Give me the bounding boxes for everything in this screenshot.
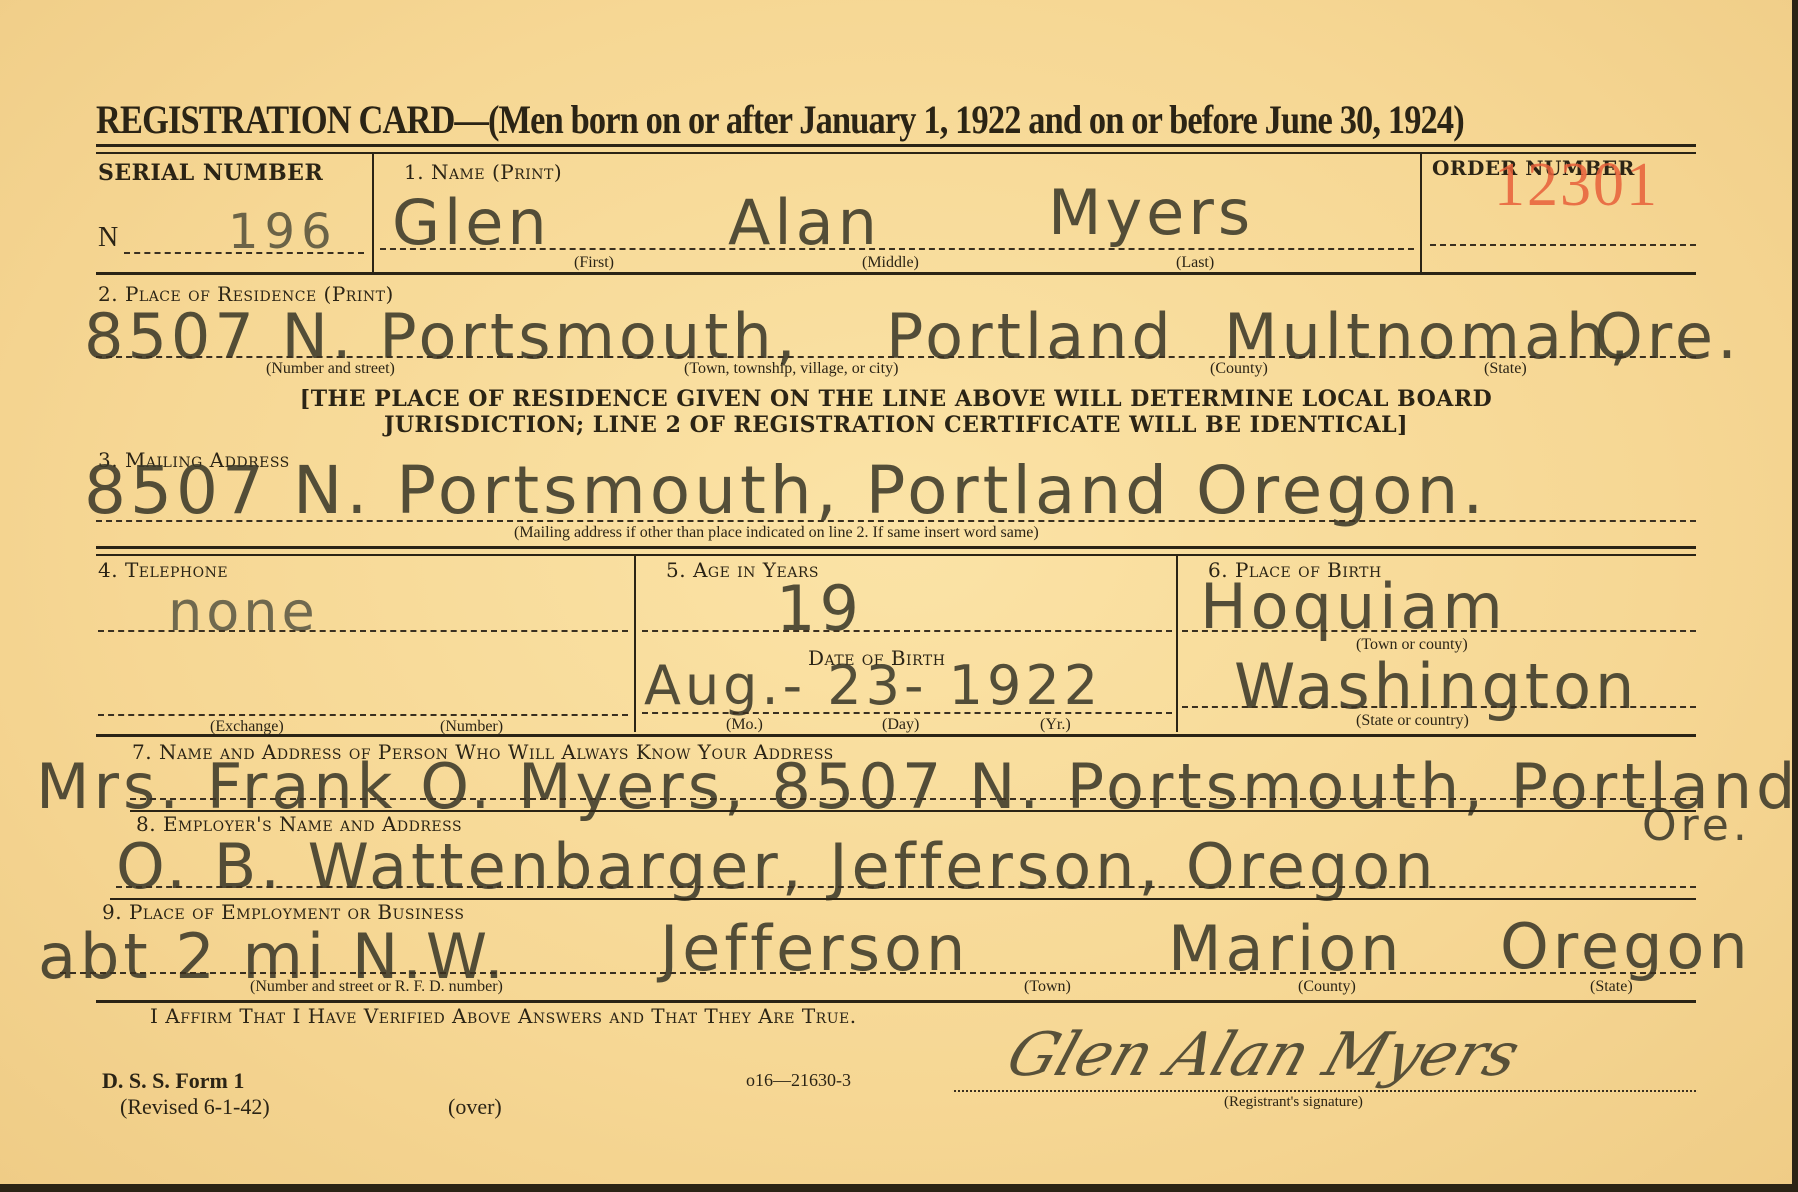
- name-middle-caption: (Middle): [862, 254, 919, 272]
- card-edge-bottom: [0, 1184, 1798, 1192]
- residence-county-value: Multnomah,: [1224, 300, 1633, 373]
- residence-town-value: Portland: [886, 300, 1175, 373]
- telephone-line-1: [98, 630, 628, 632]
- serial-line: [124, 252, 364, 254]
- residence-state-value: Ore.: [1594, 300, 1741, 373]
- employment-county-value: Marion: [1168, 912, 1403, 985]
- telephone-label: 4. Telephone: [98, 558, 228, 582]
- card-title: REGISTRATION CARD—(Men born on or after …: [96, 96, 1464, 143]
- registration-card: REGISTRATION CARD—(Men born on or after …: [0, 0, 1798, 1192]
- dob-month-caption: (Mo.): [726, 716, 763, 734]
- top-rule: [96, 144, 1696, 147]
- affirmation-text: I Affirm That I Have Verified Above Answ…: [150, 1004, 857, 1028]
- row9-rule: [96, 1000, 1696, 1003]
- row1-rule: [96, 272, 1696, 275]
- top-rule-2: [96, 152, 1696, 154]
- serial-prefix: N: [98, 222, 118, 254]
- dob-line: [642, 712, 1172, 714]
- contact-continuation: Ore.: [1642, 800, 1751, 851]
- over-note: (over): [448, 1094, 502, 1120]
- order-number-stamp: 12301: [1494, 150, 1659, 221]
- employment-town-caption: (Town): [1024, 978, 1071, 996]
- employer-line: [116, 886, 1696, 888]
- name-label: 1. Name (Print): [404, 160, 562, 184]
- jurisdiction-notice-line1: [THE PLACE OF RESIDENCE GIVEN ON THE LIN…: [96, 386, 1696, 412]
- residence-line: [96, 356, 1696, 358]
- name-line: [380, 248, 1414, 250]
- form-revised: (Revised 6-1-42): [120, 1094, 270, 1120]
- row3-rule-2: [96, 554, 1696, 556]
- employment-town-value: Jefferson: [660, 912, 969, 985]
- employer-value: O. B. Wattenbarger, Jefferson, Oregon: [116, 830, 1438, 903]
- birth-town-value: Hoquiam: [1200, 570, 1507, 643]
- signature-line: [954, 1090, 1696, 1092]
- order-line: [1430, 244, 1696, 246]
- row3-rule: [96, 546, 1696, 549]
- mailing-line: [96, 520, 1696, 522]
- birth-state-line: [1182, 706, 1696, 708]
- dob-year-caption: (Yr.): [1040, 716, 1071, 734]
- form-number: D. S. S. Form 1: [102, 1068, 244, 1094]
- residence-street-caption: (Number and street): [266, 360, 395, 378]
- registrant-signature: Glen Alan Myers: [999, 1020, 1528, 1090]
- row6-rule: [96, 734, 1696, 737]
- serial-number-label: SERIAL NUMBER: [98, 160, 323, 186]
- mailing-caption: (Mailing address if other than place ind…: [514, 524, 1039, 542]
- name-last-value: Myers: [1048, 176, 1254, 249]
- birth-state-caption: (State or country): [1356, 712, 1469, 730]
- employment-line: [60, 972, 1696, 974]
- residence-town-caption: (Town, township, village, or city): [684, 360, 898, 378]
- signature-caption: (Registrant's signature): [1224, 1094, 1363, 1111]
- birth-town-line: [1182, 630, 1696, 632]
- serial-divider: [372, 154, 374, 272]
- residence-state-caption: (State): [1484, 360, 1527, 378]
- residence-county-caption: (County): [1210, 360, 1268, 378]
- name-first-caption: (First): [574, 254, 614, 272]
- card-edge-right: [1792, 0, 1798, 1192]
- employment-state-caption: (State): [1590, 978, 1633, 996]
- print-code: o16—21630-3: [746, 1070, 851, 1091]
- telephone-line-2: [98, 714, 628, 716]
- employment-county-caption: (County): [1298, 978, 1356, 996]
- name-last-caption: (Last): [1176, 254, 1214, 272]
- contact-line: [130, 798, 1696, 800]
- telephone-divider: [634, 556, 636, 732]
- date-of-birth-value: Aug.- 23- 1922: [644, 654, 1102, 717]
- telephone-value: none: [168, 580, 319, 643]
- dob-day-caption: (Day): [882, 716, 919, 734]
- order-divider: [1420, 154, 1422, 272]
- employment-street-caption: (Number and street or R. F. D. number): [250, 978, 503, 996]
- jurisdiction-notice-line2: JURISDICTION; LINE 2 OF REGISTRATION CER…: [96, 412, 1696, 438]
- mailing-address-value: 8507 N. Portsmouth, Portland Oregon.: [84, 452, 1487, 529]
- age-divider: [1176, 556, 1178, 732]
- age-line: [642, 630, 1172, 632]
- age-value: 19: [776, 572, 863, 645]
